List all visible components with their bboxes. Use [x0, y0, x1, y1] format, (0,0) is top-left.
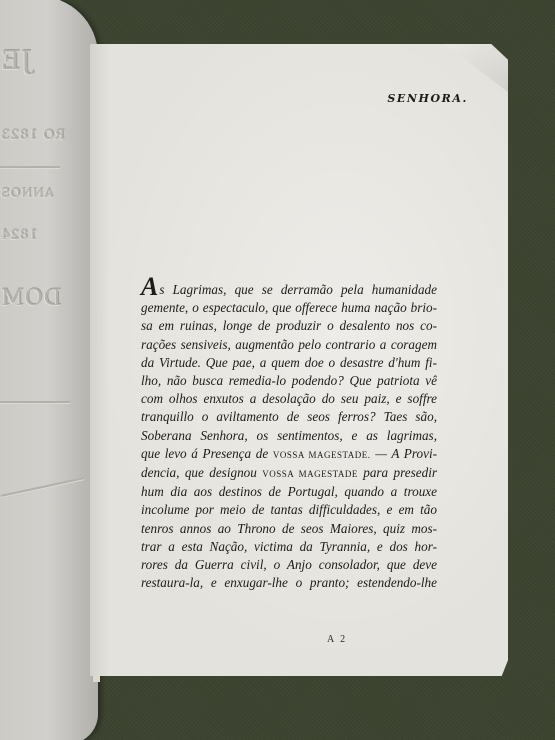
text-line: restaura-la, e enxugar-lhe o pranto; est…: [141, 574, 437, 592]
text-line: trar a esta Nação, victima da Tyrannia, …: [141, 538, 437, 556]
text-line: dencia, que designou VOSSA MAGESTADE par…: [141, 464, 437, 483]
cover-rule: [0, 401, 70, 403]
cover-rule: [0, 166, 60, 168]
line-text: para presedir: [358, 465, 437, 480]
facing-cover-page: JE RO 1823 ANNOS 1824 DOM: [0, 0, 98, 740]
cover-rule: [1, 477, 85, 497]
text-line: tranquillo o aviltamento de seos ferros?…: [141, 408, 437, 426]
text-line: tenros annos ao Throno de seos Maiores, …: [141, 520, 437, 538]
cover-embossed-text: JE: [0, 46, 31, 76]
book-page: SENHORA. As Lagrimas, que se derramão pe…: [90, 44, 508, 676]
text-line: gemente, o espectaculo, que offerece hum…: [141, 299, 437, 317]
text-line: rores da Guerra civil, o Anjo consolador…: [141, 556, 437, 574]
text-line: As Lagrimas, que se derramão pela humani…: [141, 281, 437, 299]
text-line: hum dia aos destinos de Portugal, quando…: [141, 483, 437, 501]
cover-embossed-text: ANNOS: [0, 186, 53, 200]
text-line: incolume por meio de tantas difficuldade…: [141, 501, 437, 519]
line-text: — A Provi-: [371, 446, 437, 461]
drop-cap: A: [141, 272, 158, 301]
text-line: Soberana Senhora, os sentimentos, e as l…: [141, 427, 437, 445]
body-paragraph: As Lagrimas, que se derramão pela humani…: [141, 281, 437, 592]
cover-embossed-text: DOM: [0, 286, 61, 311]
cover-embossed-text: RO 1823: [0, 128, 65, 143]
text-line: da Virtude. Que pae, a quem doe o desast…: [141, 354, 437, 372]
line-text: que levo á Presença de: [141, 446, 273, 461]
smallcaps-text: VOSSA MAGESTADE.: [273, 450, 371, 460]
text-line: lho, não busca remedia-lo podendo? Que p…: [141, 372, 437, 390]
running-head: SENHORA.: [387, 92, 468, 105]
line-text: s Lagrimas, que se derramão pela humanid…: [159, 282, 437, 297]
text-line: rações sensiveis, augmentão pelo contrar…: [141, 336, 437, 354]
text-line: que levo á Presença de VOSSA MAGESTADE. …: [141, 445, 437, 464]
cover-embossed-text: 1824: [0, 228, 37, 243]
signature-mark: A 2: [327, 634, 347, 645]
text-line: sa em ruinas, longe de produzir o desale…: [141, 317, 437, 335]
page-corner-fold: [428, 44, 508, 92]
line-text: dencia, que designou: [141, 465, 262, 480]
text-line: com olhos enxutos a desolação do seu pai…: [141, 390, 437, 408]
smallcaps-text: VOSSA MAGESTADE: [262, 469, 358, 479]
